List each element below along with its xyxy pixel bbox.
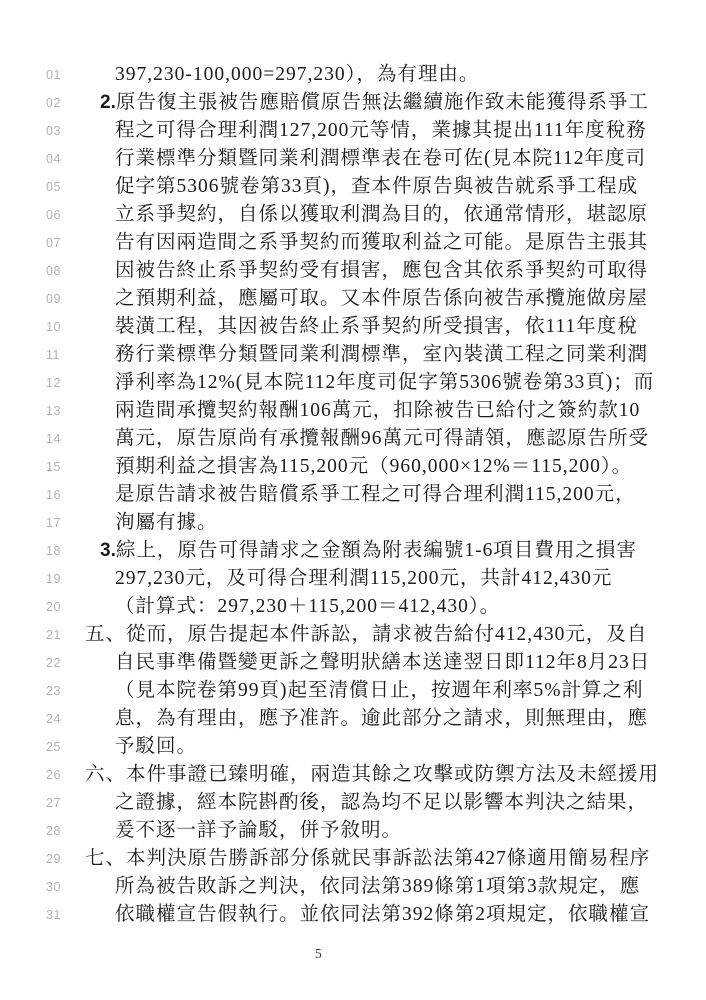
line-text: 爰不逐一詳予論駁，併予敘明。	[115, 817, 402, 845]
line-text: 397,230-100,000=297,230），為有理由。	[115, 61, 479, 89]
line-number: 11	[46, 341, 68, 369]
line-number: 24	[46, 705, 68, 733]
document-line: 14萬元，原告原尚有承攬報酬96萬元可得請領，應認原告所受	[0, 425, 706, 453]
list-item-marker: 2.	[100, 92, 116, 113]
line-text: 依職權宣告假執行。並依同法第392條第2項規定，依職權宣	[115, 901, 650, 929]
line-text: 程之可得合理利潤127,200元等情，業據其提出111年度稅務	[115, 117, 647, 145]
document-line: 21五、從而，原告提起本件訴訟，請求被告給付412,430元，及自	[0, 621, 706, 649]
line-text: 裝潢工程，其因被告終止系爭契約所受損害，依111年度稅	[115, 313, 638, 341]
line-number: 10	[46, 313, 68, 341]
document-line: 04行業標準分類暨同業利潤標準表在卷可佐(見本院112年度司	[0, 145, 706, 173]
document-line: 30所為被告敗訴之判決，依同法第389條第1項第3款規定，應	[0, 873, 706, 901]
line-text: 六、本件事證已臻明確，兩造其餘之攻擊或防禦方法及未經援用	[85, 761, 659, 789]
line-text: 2.原告復主張被告應賠償原告無法繼續施作致未能獲得系爭工	[100, 89, 649, 117]
document-line: 10裝潢工程，其因被告終止系爭契約所受損害，依111年度稅	[0, 313, 706, 341]
document-line: 23（見本院卷第99頁)起至清償日止，按週年利率5%計算之利	[0, 677, 706, 705]
line-text: 是原告請求被告賠償系爭工程之可得合理利潤115,200元，	[115, 481, 636, 509]
line-number: 25	[46, 733, 68, 761]
line-text: 3.綜上，原告可得請求之金額為附表編號1-6項目費用之損害	[100, 537, 637, 565]
page-number: 5	[315, 946, 322, 962]
line-text: 立系爭契約，自係以獲取利潤為目的，依通常情形，堪認原	[115, 201, 648, 229]
line-text: 促字第5306號卷第33頁)，查本件原告與被告就系爭工程成	[115, 173, 638, 201]
line-text: （計算式：297,230＋115,200＝412,430）。	[115, 593, 500, 621]
line-number: 15	[46, 453, 68, 481]
document-page: 01397,230-100,000=297,230），為有理由。 022.原告復…	[0, 0, 706, 1000]
line-number: 21	[46, 621, 68, 649]
line-number: 20	[46, 593, 68, 621]
line-text: 淨利率為12%(見本院112年度司促字第5306號卷第33頁)；而	[115, 369, 654, 397]
line-text: 297,230元，及可得合理利潤115,200元，共計412,430元	[115, 565, 612, 593]
document-line: 15預期利益之損害為115,200元（960,000×12%＝115,200）。	[0, 453, 706, 481]
line-number: 08	[46, 257, 68, 285]
document-line: 28爰不逐一詳予論駁，併予敘明。	[0, 817, 706, 845]
line-text: 洵屬有據。	[115, 509, 218, 537]
line-number: 26	[46, 761, 68, 789]
line-number: 05	[46, 173, 68, 201]
line-text: 告有因兩造間之系爭契約而獲取利益之可能。是原告主張其	[115, 229, 648, 257]
document-line: 19297,230元，及可得合理利潤115,200元，共計412,430元	[0, 565, 706, 593]
document-line: 24息，為有理由，應予准許。逾此部分之請求，則無理由，應	[0, 705, 706, 733]
line-number: 03	[46, 117, 68, 145]
document-line: 16是原告請求被告賠償系爭工程之可得合理利潤115,200元，	[0, 481, 706, 509]
line-text: 務行業標準分類暨同業利潤標準，室內裝潢工程之同業利潤	[115, 341, 648, 369]
line-number: 14	[46, 425, 68, 453]
line-text: 自民事準備暨變更訴之聲明狀繕本送達翌日即112年8月23日	[115, 649, 650, 677]
document-line: 13兩造間承攬契約報酬106萬元，扣除被告已給付之簽約款10	[0, 397, 706, 425]
line-number: 13	[46, 397, 68, 425]
document-line: 03程之可得合理利潤127,200元等情，業據其提出111年度稅務	[0, 117, 706, 145]
line-text-content: 原告復主張被告應賠償原告無法繼續施作致未能獲得系爭工	[116, 92, 649, 113]
line-text: 七、本判決原告勝訴部分係就民事訴訟法第427條適用簡易程序	[85, 845, 650, 873]
line-number: 06	[46, 201, 68, 229]
line-number: 17	[46, 509, 68, 537]
document-line: 17洵屬有據。	[0, 509, 706, 537]
line-text: 兩造間承攬契約報酬106萬元，扣除被告已給付之簽約款10	[115, 397, 640, 425]
line-number: 12	[46, 369, 68, 397]
line-text: 萬元，原告原尚有承攬報酬96萬元可得請領，應認原告所受	[115, 425, 649, 453]
document-line: 183.綜上，原告可得請求之金額為附表編號1-6項目費用之損害	[0, 537, 706, 565]
list-item-marker: 3.	[100, 540, 116, 561]
document-line: 22自民事準備暨變更訴之聲明狀繕本送達翌日即112年8月23日	[0, 649, 706, 677]
line-number: 02	[46, 89, 68, 117]
document-line: 07告有因兩造間之系爭契約而獲取利益之可能。是原告主張其	[0, 229, 706, 257]
document-line: 31依職權宣告假執行。並依同法第392條第2項規定，依職權宣	[0, 901, 706, 929]
line-number: 29	[46, 845, 68, 873]
line-number: 22	[46, 649, 68, 677]
line-text: （見本院卷第99頁)起至清償日止，按週年利率5%計算之利	[115, 677, 644, 705]
line-text: 預期利益之損害為115,200元（960,000×12%＝115,200）。	[115, 453, 632, 481]
line-number: 04	[46, 145, 68, 173]
line-number: 28	[46, 817, 68, 845]
line-number: 19	[46, 565, 68, 593]
document-line: 12淨利率為12%(見本院112年度司促字第5306號卷第33頁)；而	[0, 369, 706, 397]
document-line: 06立系爭契約，自係以獲取利潤為目的，依通常情形，堪認原	[0, 201, 706, 229]
line-text: 因被告終止系爭契約受有損害，應包含其依系爭契約可取得	[115, 257, 648, 285]
line-text: 行業標準分類暨同業利潤標準表在卷可佐(見本院112年度司	[115, 145, 646, 173]
line-text: 予駁回。	[115, 733, 197, 761]
document-line: 29七、本判決原告勝訴部分係就民事訴訟法第427條適用簡易程序	[0, 845, 706, 873]
line-text-content: 綜上，原告可得請求之金額為附表編號1-6項目費用之損害	[116, 540, 637, 561]
document-line: 022.原告復主張被告應賠償原告無法繼續施作致未能獲得系爭工	[0, 89, 706, 117]
document-body: 01397,230-100,000=297,230），為有理由。 022.原告復…	[0, 61, 706, 929]
line-text: 之預期利益，應屬可取。又本件原告係向被告承攬施做房屋	[115, 285, 648, 313]
line-number: 31	[46, 901, 68, 929]
document-line: 27之證據，經本院斟酌後，認為均不足以影響本判決之結果，	[0, 789, 706, 817]
document-line: 20（計算式：297,230＋115,200＝412,430）。	[0, 593, 706, 621]
line-number: 30	[46, 873, 68, 901]
line-text: 五、從而，原告提起本件訴訟，請求被告給付412,430元，及自	[85, 621, 647, 649]
document-line: 26六、本件事證已臻明確，兩造其餘之攻擊或防禦方法及未經援用	[0, 761, 706, 789]
line-number: 27	[46, 789, 68, 817]
document-line: 08因被告終止系爭契約受有損害，應包含其依系爭契約可取得	[0, 257, 706, 285]
line-number: 23	[46, 677, 68, 705]
document-line: 11務行業標準分類暨同業利潤標準，室內裝潢工程之同業利潤	[0, 341, 706, 369]
line-number: 01	[46, 61, 68, 89]
line-text: 所為被告敗訴之判決，依同法第389條第1項第3款規定，應	[115, 873, 640, 901]
line-number: 16	[46, 481, 68, 509]
line-number: 09	[46, 285, 68, 313]
line-text: 之證據，經本院斟酌後，認為均不足以影響本判決之結果，	[115, 789, 648, 817]
document-line: 09之預期利益，應屬可取。又本件原告係向被告承攬施做房屋	[0, 285, 706, 313]
line-text: 息，為有理由，應予准許。逾此部分之請求，則無理由，應	[115, 705, 648, 733]
line-number: 07	[46, 229, 68, 257]
document-line: 25予駁回。	[0, 733, 706, 761]
document-line: 05促字第5306號卷第33頁)，查本件原告與被告就系爭工程成	[0, 173, 706, 201]
document-line: 01397,230-100,000=297,230），為有理由。	[0, 61, 706, 89]
line-number: 18	[46, 537, 68, 565]
